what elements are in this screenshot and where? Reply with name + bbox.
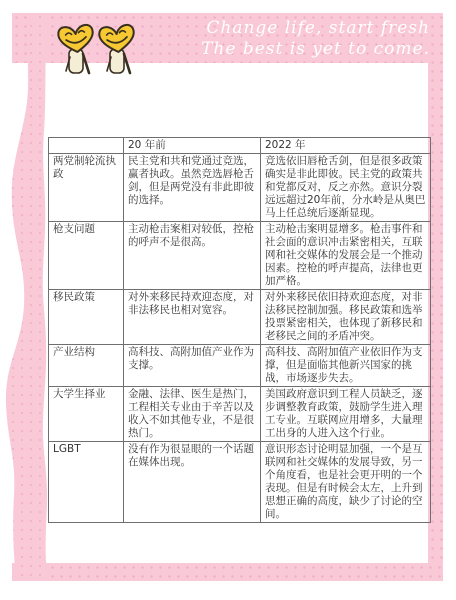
table-row: 枪支问题 主动枪击案相对较低，控枪的呼声不是很高。 主动枪击案明显增多。枪击事件… — [49, 222, 431, 290]
cell-past: 主动枪击案相对较低，控枪的呼声不是很高。 — [124, 222, 261, 290]
cell-past: 对外来移民持欢迎态度，对非法移民也相对宽容。 — [124, 290, 261, 345]
header-topic — [49, 138, 124, 154]
table-row: 产业结构 高科技、高附加值产业作为支撑。 高科技、高附加值产业依旧作为支撑，但是… — [49, 345, 431, 387]
quote-line-1: Change life, start fresh — [201, 18, 430, 39]
table-row: 大学生择业 金融、法律、医生是热门，工程相关专业由于辛苦以及收入不如其他专业，不… — [49, 387, 431, 442]
header-row: 20 年前 2022 年 — [49, 138, 431, 154]
comparison-table: 20 年前 2022 年 两党制轮流执政 民主党和共和党通过竞选，赢者执政。虽然… — [48, 137, 431, 523]
table-row: LGBT 没有作为很显眼的一个话题在媒体出现。 意识形态讨论明显加强，一个是互联… — [49, 442, 431, 523]
cell-now: 对外来移民依旧持欢迎态度，对非法移民控制加强。移民政策和选举投票紧密相关，也体现… — [261, 290, 431, 345]
cell-topic: 产业结构 — [49, 345, 124, 387]
cell-now: 美国政府意识到工程人员缺乏，逐步调整教育政策，鼓励学生进入理工专业。互联网应用增… — [261, 387, 431, 442]
cell-topic: 移民政策 — [49, 290, 124, 345]
cell-now: 主动枪击案明显增多。枪击事件和社会面的意识冲击紧密相关，互联网和社交媒体的发展会… — [261, 222, 431, 290]
cell-topic: LGBT — [49, 442, 124, 523]
table-row: 移民政策 对外来移民持欢迎态度，对非法移民也相对宽容。 对外来移民依旧持欢迎态度… — [49, 290, 431, 345]
table-row: 两党制轮流执政 民主党和共和党通过竞选，赢者执政。虽然竞选唇枪舌剑，但是两党没有… — [49, 154, 431, 222]
cell-past: 民主党和共和党通过竞选，赢者执政。虽然竞选唇枪舌剑，但是两党没有非此即彼的选择。 — [124, 154, 261, 222]
cell-topic: 大学生择业 — [49, 387, 124, 442]
quote-line-2: The best is yet to come. — [201, 39, 430, 60]
cell-topic: 枪支问题 — [49, 222, 124, 290]
cell-now: 意识形态讨论明显加强，一个是互联网和社交媒体的发展导致，另一个角度看，也是社会更… — [261, 442, 431, 523]
cell-now: 高科技、高附加值产业依旧作为支撑，但是面临其他新兴国家的挑战，市场逐步失去。 — [261, 345, 431, 387]
header-20-years-ago: 20 年前 — [124, 138, 261, 154]
banner-quote: Change life, start fresh The best is yet… — [201, 18, 430, 60]
cell-topic: 两党制轮流执政 — [49, 154, 124, 222]
cell-past: 金融、法律、医生是热门，工程相关专业由于辛苦以及收入不如其他专业，不是很热门。 — [124, 387, 261, 442]
heart-smiley-icon — [95, 20, 139, 78]
header-2022: 2022 年 — [261, 138, 431, 154]
cell-now: 竞选依旧唇枪舌剑，但是很多政策确实是非此即彼。民主党的政策共和党都反对，反之亦然… — [261, 154, 431, 222]
stationery-page: Change life, start fresh The best is yet… — [0, 0, 456, 600]
cell-past: 没有作为很显眼的一个话题在媒体出现。 — [124, 442, 261, 523]
cell-past: 高科技、高附加值产业作为支撑。 — [124, 345, 261, 387]
heart-smiley-icon — [54, 20, 98, 78]
frame-bottom-bar — [12, 563, 443, 581]
